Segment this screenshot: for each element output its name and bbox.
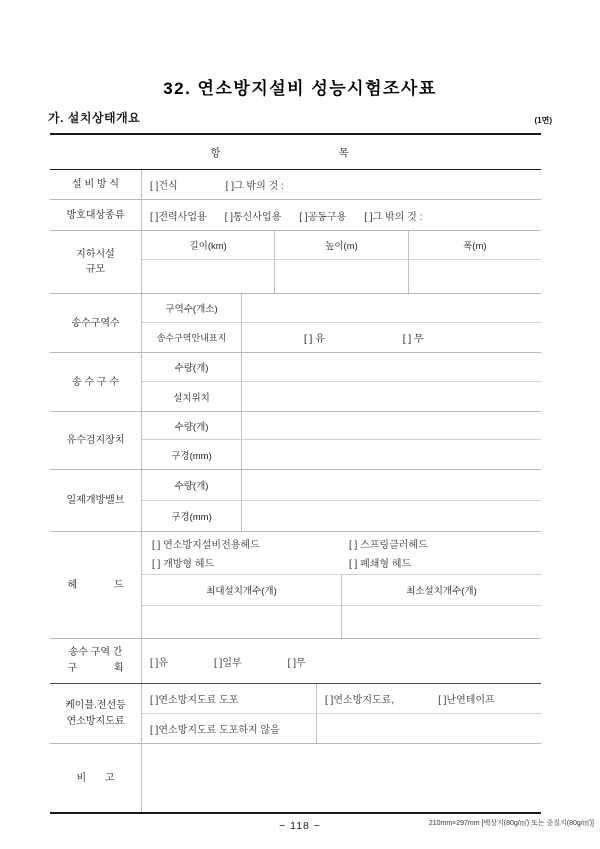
row-system-type: 설 비 방 식 [ ]건식 [ ]그 밖의 것 : [50,170,541,200]
max-count-value-cell [142,606,342,638]
paper-spec-note: 210mm×297mm [백상지(80g/㎡) 또는 중질지(80g/㎡)] [429,818,594,828]
head-label-char1: 헤 [68,578,78,593]
row-protection-target: 방호대상종류 [ ]전력사업용 [ ]통신사업용 [ ]공동구용 [ ]그 밖의… [50,200,541,231]
checkbox-closed-head: [ ] 폐쇄형 헤드 [349,555,541,570]
max-count-header: 최대설치개수(개) [142,575,342,606]
form-page: 32. 연소방지설비 성능시험조사표 가. 설치상태개요 (1면) 항 목 설 … [0,0,600,849]
cable-coating-label: 케이블.전선등 연소방지도료 [50,684,142,743]
length-value-cell [142,260,275,293]
partition-label-char1: 구 [68,661,78,677]
remarks-label-char1: 비 [77,771,87,786]
water-inlet-label: 송 수 구 수 [50,353,142,411]
flow-qty-sublabel: 수량(개) [142,412,242,439]
checkbox-sign-yes: [ ] 유 [304,330,325,345]
inlet-qty-sublabel: 수량(개) [142,353,242,381]
deluge-diameter-sublabel: 구경(mm) [142,501,242,531]
row-zone-partition: 송수 구역 간 구 획 [ ]유 [ ]일부 [ ]무 [50,639,541,684]
underground-header-row: 길이(km) 높이(m) 폭(m) [142,231,541,260]
checkbox-coating-applied: [ ]연소방지도료 도포 [142,684,317,713]
water-zone-cells: 구역수(개소) 송수구역안내표지 [ ] 유 [ ] 무 [142,294,541,352]
head-label: 헤 드 [50,532,142,638]
protection-target-label: 방호대상종류 [50,200,142,230]
deluge-qty-subrow: 수량(개) [142,470,541,501]
cable-label-line2: 연소방지도료 [67,714,125,730]
deluge-diameter-value-cell [242,501,541,531]
survey-table: 항 목 설 비 방 식 [ ]건식 [ ]그 밖의 것 : 방호대상종류 [ ]… [50,133,541,814]
cable-coating-cells: [ ]연소방지도료 도포 [ ]연소방지도료, [ ]난연테이프 [ ]연소방지… [142,684,541,743]
zone-count-sublabel: 구역수(개소) [142,294,242,322]
row-deluge-valve: 일제개방밸브 수량(개) 구경(mm) [50,470,541,532]
zone-partition-options: [ ]유 [ ]일부 [ ]무 [142,639,541,683]
checkbox-coating-not-applied: [ ]연소방지도료 도포하지 않음 [142,714,317,743]
cable-coated-subrow: [ ]연소방지도료 도포 [ ]연소방지도료, [ ]난연테이프 [142,684,541,714]
inlet-qty-subrow: 수량(개) [142,353,541,382]
col-header-hang: 항 [210,145,220,160]
flow-qty-value-cell [242,412,541,439]
cable-label-line1: 케이블.전선등 [65,698,126,714]
height-value-cell [275,260,408,293]
remarks-value-cell [142,744,541,812]
deluge-valve-label: 일제개방밸브 [50,470,142,531]
section-heading: 가. 설치상태개요 [48,109,140,126]
inlet-qty-value-cell [242,353,541,381]
cable-uncoated-empty-cell [317,714,541,743]
checkbox-other-type: [ ]그 밖의 것 : [226,177,284,192]
min-count-value-cell [342,606,541,638]
row-remarks: 비 고 [50,744,541,814]
cable-coating-detail-options: [ ]연소방지도료, [ ]난연테이프 [317,684,541,713]
checkbox-dry-type: [ ]건식 [150,177,178,192]
zone-count-value-cell [242,294,541,322]
row-water-zone-count: 송수구역수 구역수(개소) 송수구역안내표지 [ ] 유 [ ] 무 [50,294,541,353]
deluge-qty-sublabel: 수량(개) [142,470,242,500]
checkbox-partition-no: [ ]무 [288,654,306,669]
deluge-qty-value-cell [242,470,541,500]
inlet-location-value-cell [242,382,541,411]
page-title: 32. 연소방지설비 성능시험조사표 [0,74,600,99]
head-label-char2: 드 [114,578,124,593]
checkbox-partition-yes: [ ]유 [150,654,168,669]
row-cable-coating: 케이블.전선등 연소방지도료 [ ]연소방지도료 도포 [ ]연소방지도료, [… [50,684,541,744]
inlet-location-sublabel: 설치위치 [142,382,242,411]
deluge-valve-cells: 수량(개) 구경(mm) [142,470,541,531]
row-underground-scale: 지하시설 규모 길이(km) 높이(m) 폭(m) [50,231,541,294]
head-type-options: [ ] 연소방지설비전용헤드 [ ] 스프링클러헤드 [ ] 개방형 헤드 [ … [142,532,541,575]
zone-sign-sublabel: 송수구역안내표지 [142,323,242,352]
underground-label-line1: 지하시설 [76,247,115,262]
underground-label-line2: 규모 [86,262,105,277]
head-label-chars: 헤 드 [68,578,124,593]
partition-label-char2: 획 [114,661,124,677]
checkbox-utility-tunnel: [ ]공동구용 [299,208,346,223]
system-type-options: [ ]건식 [ ]그 밖의 것 : [142,170,541,199]
min-count-header: 최소설치개수(개) [342,575,541,606]
checkbox-dedicated-head: [ ] 연소방지설비전용헤드 [152,536,349,551]
page-marker: (1면) [534,115,552,126]
table-column-header: 항 목 [50,135,541,170]
width-value-cell [409,260,541,293]
protection-target-options: [ ]전력사업용 [ ]통신사업용 [ ]공동구용 [ ]그 밖의 것 : [142,200,541,230]
remarks-label: 비 고 [50,744,142,812]
flow-diameter-value-cell [242,440,541,469]
remarks-label-chars: 비 고 [77,771,115,786]
water-inlet-cells: 수량(개) 설치위치 [142,353,541,411]
zone-partition-label: 송수 구역 간 구 획 [50,639,142,683]
underground-value-row [142,260,541,293]
checkbox-telecom: [ ]통신사업용 [225,208,282,223]
checkbox-flame-retardant-tape: [ ]난연테이프 [438,691,495,706]
checkbox-fire-retardant-paint: [ ]연소방지도료, [325,691,394,706]
partition-label-line2: 구 획 [68,661,124,677]
checkbox-open-head: [ ] 개방형 헤드 [152,555,349,570]
head-cells: [ ] 연소방지설비전용헤드 [ ] 스프링클러헤드 [ ] 개방형 헤드 [ … [142,532,541,638]
cable-uncoated-subrow: [ ]연소방지도료 도포하지 않음 [142,714,541,743]
remarks-label-char2: 고 [105,771,115,786]
length-col-header: 길이(km) [142,231,275,259]
flow-diameter-sublabel: 구경(mm) [142,440,242,469]
head-count-header-row: 최대설치개수(개) 최소설치개수(개) [142,575,541,607]
inlet-location-subrow: 설치위치 [142,382,541,411]
underground-scale-cells: 길이(km) 높이(m) 폭(m) [142,231,541,293]
flow-diameter-subrow: 구경(mm) [142,440,541,469]
zone-sign-subrow: 송수구역안내표지 [ ] 유 [ ] 무 [142,323,541,352]
row-head: 헤 드 [ ] 연소방지설비전용헤드 [ ] 스프링클러헤드 [ ] 개방형 헤… [50,532,541,639]
row-flow-detector: 유수검지장치 수량(개) 구경(mm) [50,412,541,470]
flow-qty-subrow: 수량(개) [142,412,541,440]
system-type-label: 설 비 방 식 [50,170,142,199]
checkbox-other-target: [ ]그 밖의 것 : [364,208,422,223]
row-water-inlet: 송 수 구 수 수량(개) 설치위치 [50,353,541,412]
deluge-diameter-subrow: 구경(mm) [142,501,541,531]
water-zone-count-label: 송수구역수 [50,294,142,352]
col-header-mok: 목 [339,145,349,160]
checkbox-electric-power: [ ]전력사업용 [150,208,207,223]
flow-detector-label: 유수검지장치 [50,412,142,469]
checkbox-sprinkler-head: [ ] 스프링클러헤드 [349,536,541,551]
partition-label-line1: 송수 구역 간 [69,645,123,661]
underground-scale-label: 지하시설 규모 [50,231,142,293]
flow-detector-cells: 수량(개) 구경(mm) [142,412,541,469]
zone-count-subrow: 구역수(개소) [142,294,541,323]
checkbox-partition-partial: [ ]일부 [214,654,242,669]
head-count-value-row [142,606,541,638]
zone-sign-options: [ ] 유 [ ] 무 [242,323,541,352]
height-col-header: 높이(m) [275,231,408,259]
width-col-header: 폭(m) [409,231,541,259]
checkbox-sign-no: [ ] 무 [403,330,424,345]
